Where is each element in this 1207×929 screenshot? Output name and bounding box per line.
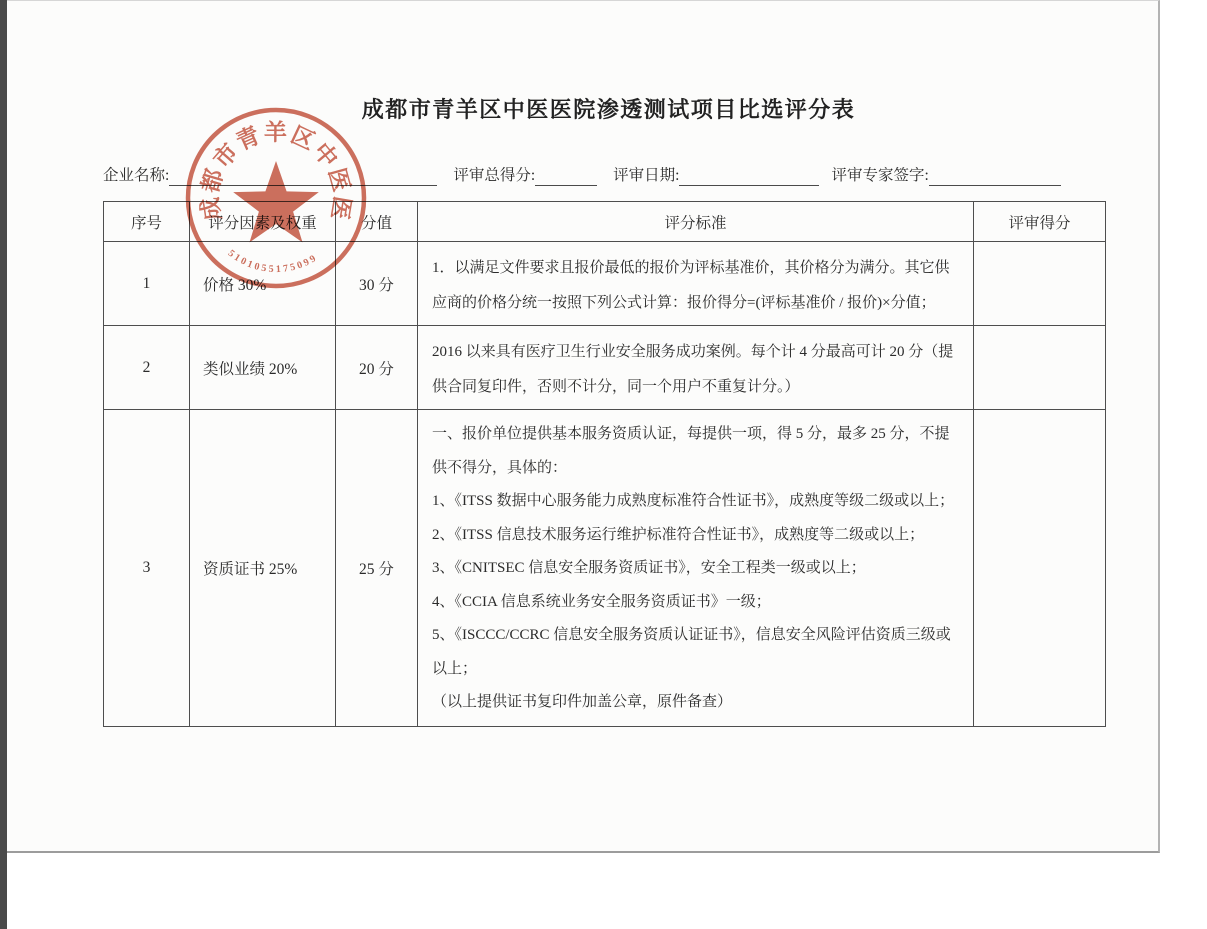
row-points: 20 分 xyxy=(336,326,418,410)
total-score-label: 评审总得分: xyxy=(453,163,535,186)
criteria-text: 2、《ITSS 信息技术服务运行维护标准符合性证书》，成熟度等二级或以上； xyxy=(432,519,959,553)
column-header-no: 序号 xyxy=(104,202,190,242)
criteria-text: 3、《CNITSEC 信息安全服务资质证书》，安全工程类一级或以上； xyxy=(432,552,959,586)
row-points: 30 分 xyxy=(336,242,418,326)
row-points: 25 分 xyxy=(336,410,418,727)
scan-edge-strip xyxy=(0,0,7,929)
criteria-text: 4、《CCIA 信息系统业务安全服务资质证书》一级； xyxy=(432,586,959,620)
row-number: 2 xyxy=(104,326,190,410)
row-score-cell xyxy=(974,242,1106,326)
row-factor: 类似业绩 20% xyxy=(190,326,336,410)
score-table: 序号 评分因素及权重 分值 评分标准 评审得分 1 价格 30% 30 分 1．… xyxy=(103,201,1106,727)
row-criteria: 一、报价单位提供基本服务资质认证，每提供一项，得 5 分，最多 25 分，不提供… xyxy=(418,410,974,727)
column-header-score: 评审得分 xyxy=(974,202,1106,242)
expert-signature-label: 评审专家签字: xyxy=(831,163,928,186)
header-form-line: 企业名称: 评审总得分: 评审日期: 评审专家签字: xyxy=(103,163,1111,186)
column-header-points: 分值 xyxy=(336,202,418,242)
expert-signature-field xyxy=(929,165,1061,186)
paper: 成都市青羊区中医医院渗透测试项目比选评分表 企业名称: 评审总得分: 评审日期:… xyxy=(7,0,1160,853)
row-number: 1 xyxy=(104,242,190,326)
row-criteria: 2016 以来具有医疗卫生行业安全服务成功案例。每个计 4 分最高可计 20 分… xyxy=(418,326,974,410)
table-row: 3 资质证书 25% 25 分 一、报价单位提供基本服务资质认证，每提供一项，得… xyxy=(104,410,1106,727)
row-score-cell xyxy=(974,326,1106,410)
table-row: 2 类似业绩 20% 20 分 2016 以来具有医疗卫生行业安全服务成功案例。… xyxy=(104,326,1106,410)
column-header-factor: 评分因素及权重 xyxy=(190,202,336,242)
review-date-field xyxy=(679,165,819,186)
row-number: 3 xyxy=(104,410,190,727)
company-name-label: 企业名称: xyxy=(103,163,169,186)
table-header-row: 序号 评分因素及权重 分值 评分标准 评审得分 xyxy=(104,202,1106,242)
row-factor: 价格 30% xyxy=(190,242,336,326)
criteria-text: 2016 以来具有医疗卫生行业安全服务成功案例。每个计 4 分最高可计 20 分… xyxy=(432,335,959,405)
row-score-cell xyxy=(974,410,1106,727)
company-name-field xyxy=(169,165,437,186)
criteria-text: 1、《ITSS 数据中心服务能力成熟度标准符合性证书》，成熟度等级二级或以上； xyxy=(432,485,959,519)
criteria-text: 5、《ISCCC/CCRC 信息安全服务资质认证证书》，信息安全风险评估资质三级… xyxy=(432,619,959,686)
total-score-field xyxy=(535,165,597,186)
document-title: 成都市青羊区中医医院渗透测试项目比选评分表 xyxy=(33,93,1184,124)
table-row: 1 价格 30% 30 分 1．以满足文件要求且报价最低的报价为评标基准价，其价… xyxy=(104,242,1106,326)
row-factor: 资质证书 25% xyxy=(190,410,336,727)
row-criteria: 1．以满足文件要求且报价最低的报价为评标基准价，其价格分为满分。其它供应商的价格… xyxy=(418,242,974,326)
review-date-label: 评审日期: xyxy=(613,163,679,186)
column-header-criteria: 评分标准 xyxy=(418,202,974,242)
criteria-text: 1．以满足文件要求且报价最低的报价为评标基准价，其价格分为满分。其它供应商的价格… xyxy=(432,251,959,321)
criteria-text: 一、报价单位提供基本服务资质认证，每提供一项，得 5 分，最多 25 分，不提供… xyxy=(432,418,959,485)
criteria-text: （以上提供证书复印件加盖公章，原件备查） xyxy=(432,686,959,720)
